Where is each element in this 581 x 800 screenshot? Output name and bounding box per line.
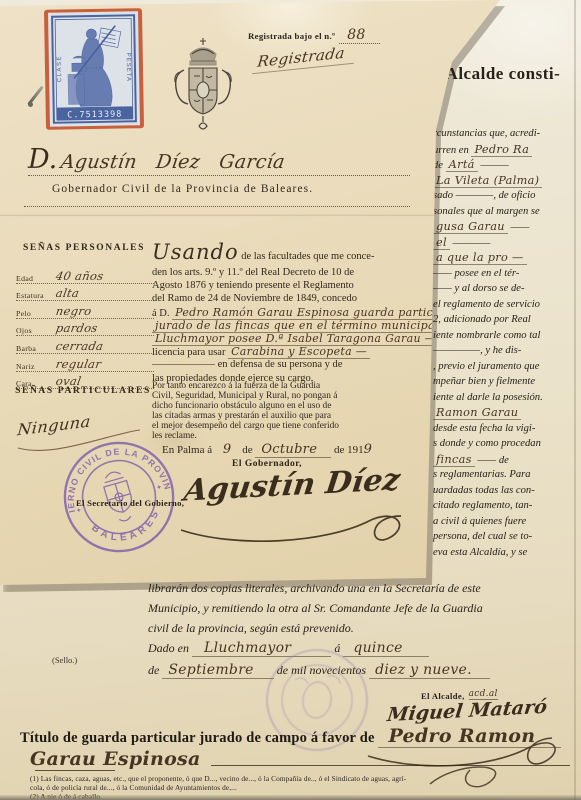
dateline-year-printed: de 191 bbox=[334, 444, 364, 456]
printed-fragment: citado reglamento, tan- bbox=[433, 500, 532, 511]
body-line: Agosto 1876 y teniendo presente el Regla… bbox=[152, 279, 428, 292]
printed-fragment: iente al darle la posesión. bbox=[433, 392, 543, 403]
printed-fragment: de las facultades que me conce- bbox=[239, 251, 375, 262]
printed-fragment: 2, adicionado por Real bbox=[433, 314, 531, 325]
handwritten-fragment: Lluchmayor posee D.ª Isabel Taragona Gar… bbox=[152, 332, 439, 346]
stamp-class-label: CLASE bbox=[57, 55, 63, 82]
printed-fragment: uardadas todas las con- bbox=[433, 485, 535, 496]
body-line: Lluchmayor posee D.ª Isabel Taragona Gar… bbox=[152, 332, 428, 345]
printed-fragment: á D. bbox=[152, 308, 172, 319]
stamp-serial: C.7513398 bbox=[67, 110, 122, 121]
body-line: el mejor desempeño del cargo que tiene c… bbox=[152, 421, 428, 431]
pin-head-icon bbox=[28, 102, 33, 107]
alcalde-label: El Alcalde, bbox=[421, 691, 465, 701]
stamp-peseta-label: PESETA bbox=[125, 53, 132, 82]
body-line: Civil, Seguridad, Municipal y Rural, no … bbox=[152, 391, 428, 401]
back-column-line: desde esta fecha la vigi- bbox=[433, 421, 581, 437]
back-column-line: —— posee en el tér- bbox=[433, 266, 581, 282]
body-line: las citadas armas y prestarán el auxilio… bbox=[152, 411, 428, 421]
addressee-line: D. Agustín Díez García bbox=[28, 144, 410, 176]
title-line-2: Garau Espinosa bbox=[20, 748, 570, 770]
title-line: Título de guarda particular jurado de ca… bbox=[20, 725, 561, 747]
body-first-line: Usando de las facultades que me conce- bbox=[152, 246, 428, 266]
printed-fragment: del Ramo de 24 de Noviembre de 1849, con… bbox=[152, 293, 357, 304]
title-printed: Título de guarda particular jurado de ca… bbox=[20, 730, 375, 746]
back-column-line: mpeñar bien y fielmente bbox=[433, 374, 581, 390]
senas-field-value-handwritten: pardos bbox=[55, 321, 99, 335]
printed-fragment: , previo el juramento que bbox=[433, 361, 539, 372]
back-column-line: urren en Pedro Ra bbox=[433, 142, 581, 158]
printed-fragment: sado ————, de oficio bbox=[433, 190, 535, 201]
back-column-line: de Artá ——— bbox=[433, 157, 581, 173]
printed-fragment: ——— bbox=[478, 160, 509, 171]
year-handwritten: diez y nueve. bbox=[369, 662, 490, 679]
svg-text:BALEARES: BALEARES bbox=[88, 504, 169, 553]
senas-field-label: Barba bbox=[16, 344, 50, 353]
month-handwritten: Octubre bbox=[255, 442, 331, 458]
back-column-line: sado ————, de oficio bbox=[433, 188, 581, 204]
handwritten-fragment: La Vileta (Palma) bbox=[433, 174, 542, 188]
body-line: Por tanto encarezco á la fuerza de la Gu… bbox=[152, 381, 428, 391]
senas-field-value-handwritten: regular bbox=[55, 357, 103, 371]
back-column-line: fincas —— de bbox=[433, 452, 581, 468]
back-column-line: 2, adicionado por Real bbox=[433, 312, 581, 328]
body-line: —————— en defensa de su persona y de bbox=[152, 358, 428, 371]
senas-field-value-handwritten: cerrada bbox=[55, 339, 105, 353]
senas-field-row: Pelo negro bbox=[16, 301, 154, 319]
back-column-line: uardadas todas las con- bbox=[433, 483, 581, 499]
handwritten-fragment: Carabina y Escopeta — bbox=[228, 345, 370, 359]
handwritten-fragment: a que la pro — bbox=[433, 251, 527, 265]
senas-personales-fields: Edad 40 años Estatura alta Pelo negro Oj… bbox=[16, 266, 154, 389]
printed-fragment: eva esta Alcaldía, y se bbox=[433, 547, 527, 558]
printed-fragment: s reglamentarias. Para bbox=[433, 469, 531, 480]
back-column-line: el ———— bbox=[433, 235, 581, 251]
title-name-handwritten: Pedro Ramon bbox=[378, 725, 561, 748]
handwritten-fragment: fincas bbox=[433, 453, 475, 467]
addressee-name-handwritten: Agustín Díez García bbox=[60, 151, 287, 173]
back-column-line: citado reglamento, tan- bbox=[433, 498, 581, 514]
printed-fragment: persona, del cual se to- bbox=[433, 531, 532, 542]
licence-body-2: Por tanto encarezco á la fuerza de la Gu… bbox=[152, 381, 428, 441]
body-line: licencia para usar Carabina y Escopeta — bbox=[152, 345, 428, 358]
printed-fragment: —— posee en el tér- bbox=[433, 268, 519, 279]
round-stamp-bottom-text: BALEARES bbox=[88, 504, 169, 553]
blank-dotted-rule bbox=[24, 198, 410, 207]
senas-personales-title: SEÑAS PERSONALES bbox=[14, 243, 154, 253]
handwritten-fragment: Pedro Ra bbox=[471, 143, 532, 157]
closing-line: Municipio, y remitiendo la otra al Sr. C… bbox=[148, 598, 483, 618]
back-column-line: iente nombrarle como tal bbox=[433, 328, 581, 344]
registered-number-handwritten: 88 bbox=[339, 27, 379, 44]
handwritten-fragment: Ramon Garau bbox=[433, 406, 521, 420]
year-digit-handwritten: 9 bbox=[364, 442, 373, 457]
printed-fragment: —————— en defensa de su persona y de bbox=[152, 359, 342, 370]
handwritten-fragment: jurado de las fincas que en el término m… bbox=[152, 319, 460, 333]
blank-rule bbox=[211, 748, 570, 766]
printed-fragment: el reglamento de servicio bbox=[433, 299, 540, 310]
gobernador-rubric-flourish bbox=[175, 500, 415, 556]
printed-fragment: rcunstancias que, acredi- bbox=[433, 128, 540, 139]
senas-field-label: Edad bbox=[16, 274, 50, 283]
printed-fragment: Agosto 1876 y teniendo presente el Regla… bbox=[152, 280, 354, 291]
senas-field-row: Nariz regular bbox=[16, 354, 154, 372]
printed-fragment: mpeñar bien y fielmente bbox=[433, 376, 535, 387]
back-column-line: a que la pro — bbox=[433, 250, 581, 266]
senas-field-row: Barba cerrada bbox=[16, 336, 154, 354]
printed-fragment: ———— bbox=[450, 238, 490, 249]
dateline-de: de bbox=[242, 444, 252, 456]
senas-particulares-title: SEÑAS PARTICULARES bbox=[8, 386, 158, 396]
body-line: jurado de las fincas que en el término m… bbox=[152, 319, 428, 332]
back-column-line: el reglamento de servicio bbox=[433, 297, 581, 313]
licence-body: Usando de las facultades que me conce- d… bbox=[152, 246, 428, 385]
senas-field-label: Nariz bbox=[16, 362, 50, 371]
secretario-label: El Secretario del Gobierno, bbox=[76, 498, 184, 508]
dado-label: Dado en bbox=[148, 641, 189, 655]
dateline-pre: En Palma á bbox=[162, 444, 212, 456]
senas-field-label: Estatura bbox=[16, 291, 50, 300]
back-column-line: —————, y he dis- bbox=[433, 343, 581, 359]
senas-field-value-handwritten: 40 años bbox=[55, 269, 105, 283]
handwritten-fragment: gusa Garau bbox=[433, 220, 508, 234]
coat-of-arms-icon bbox=[170, 36, 236, 138]
senas-field-value-handwritten: negro bbox=[55, 304, 93, 318]
back-page-right-column: rcunstancias que, acredi- urren en Pedro… bbox=[433, 126, 581, 560]
printed-fragment: —— de bbox=[475, 455, 509, 466]
footnote-line: cola, ó de policía rural de..., ó la Com… bbox=[30, 784, 565, 793]
back-column-line: s donde y como procedan bbox=[433, 436, 581, 452]
back-column-line: Ramon Garau bbox=[433, 405, 581, 421]
senas-field-label: Pelo bbox=[16, 309, 50, 318]
printed-fragment: —— bbox=[508, 222, 530, 233]
back-column-line: persona, del cual se to- bbox=[433, 529, 581, 545]
body-line: les reclame. bbox=[152, 431, 428, 441]
senas-field-row: Estatura alta bbox=[16, 284, 154, 302]
printed-fragment: desde esta fecha la vigi- bbox=[433, 423, 535, 434]
back-column-line: , previo el juramento que bbox=[433, 359, 581, 375]
title-name2-handwritten: Garau Espinosa bbox=[20, 748, 211, 770]
registered-line: Registrada bajo el n.º 88 bbox=[248, 26, 380, 44]
sello-label: (Sello.) bbox=[52, 655, 77, 665]
back-column-line: iente al darle la posesión. bbox=[433, 390, 581, 406]
addressee-title: Gobernador Civil de la Provincia de Bale… bbox=[52, 183, 313, 195]
senas-field-value-handwritten: alta bbox=[55, 286, 81, 300]
month-handwritten: Septiembre bbox=[162, 662, 273, 679]
body-line: á D. Pedro Ramón Garau Espinosa guarda p… bbox=[152, 306, 428, 319]
senas-field-row: Ojos pardos bbox=[16, 319, 154, 337]
document-scan: , Alcalde consti- rcunstancias que, acre… bbox=[0, 0, 581, 800]
printed-fragment: licencia para usar bbox=[152, 347, 228, 358]
day-handwritten: 9 bbox=[215, 442, 240, 457]
senas-field-row: Edad 40 años bbox=[16, 266, 154, 284]
printed-fragment: a civil á quienes fuere bbox=[433, 516, 526, 527]
back-column-line: —— y al dorso se de- bbox=[433, 281, 581, 297]
printed-fragment: —— y al dorso se de- bbox=[433, 283, 525, 294]
short-rule bbox=[35, 770, 115, 771]
printed-fragment: s donde y como procedan bbox=[433, 438, 541, 449]
photo-right-edge bbox=[574, 0, 576, 800]
closing-line: civil de la provincia, según está preven… bbox=[148, 618, 483, 638]
dado-de: de bbox=[148, 663, 159, 677]
addressee-prefix: D. bbox=[28, 144, 57, 175]
senas-field-label: Ojos bbox=[16, 326, 50, 335]
fiscal-stamp-icon: CLASE PESETA C.7513398 bbox=[43, 7, 145, 131]
body-line: den los arts. 9.º y 11.º del Real Decret… bbox=[152, 266, 428, 279]
body-line: dicho funcionario obstáculo alguno en el… bbox=[152, 401, 428, 411]
registered-annotation: Registrada bbox=[254, 48, 354, 69]
registered-label: Registrada bajo el n.º bbox=[248, 31, 335, 41]
body-line: del Ramo de 24 de Noviembre de 1849, con… bbox=[152, 292, 428, 305]
printed-fragment: den los arts. 9.º y 11.º del Real Decret… bbox=[152, 267, 354, 278]
back-column-line: s reglamentarias. Para bbox=[433, 467, 581, 483]
back-column-line: rcunstancias que, acredi- bbox=[433, 126, 581, 142]
handwritten-fragment: Artá bbox=[446, 158, 478, 172]
back-column-line: a civil á quienes fuere bbox=[433, 514, 581, 530]
printed-fragment: iente nombrarle como tal bbox=[433, 330, 540, 341]
back-column-line: gusa Garau —— bbox=[433, 219, 581, 235]
back-column-line: eva esta Alcaldía, y se bbox=[433, 545, 581, 561]
back-column-line: sonales que al margen se bbox=[433, 204, 581, 220]
handwritten-fragment: Pedro Ramón Garau Espinosa guarda partic… bbox=[172, 306, 460, 320]
drop-word: Usando bbox=[152, 240, 239, 264]
printed-fragment: sonales que al margen se bbox=[433, 206, 540, 217]
palma-dateline: En Palma á 9 de Octubre de 1919 bbox=[162, 442, 372, 457]
back-column-line: La Vileta (Palma) bbox=[433, 173, 581, 189]
photo-bottom-edge bbox=[0, 795, 581, 800]
printed-fragment: —————, y he dis- bbox=[433, 345, 521, 356]
